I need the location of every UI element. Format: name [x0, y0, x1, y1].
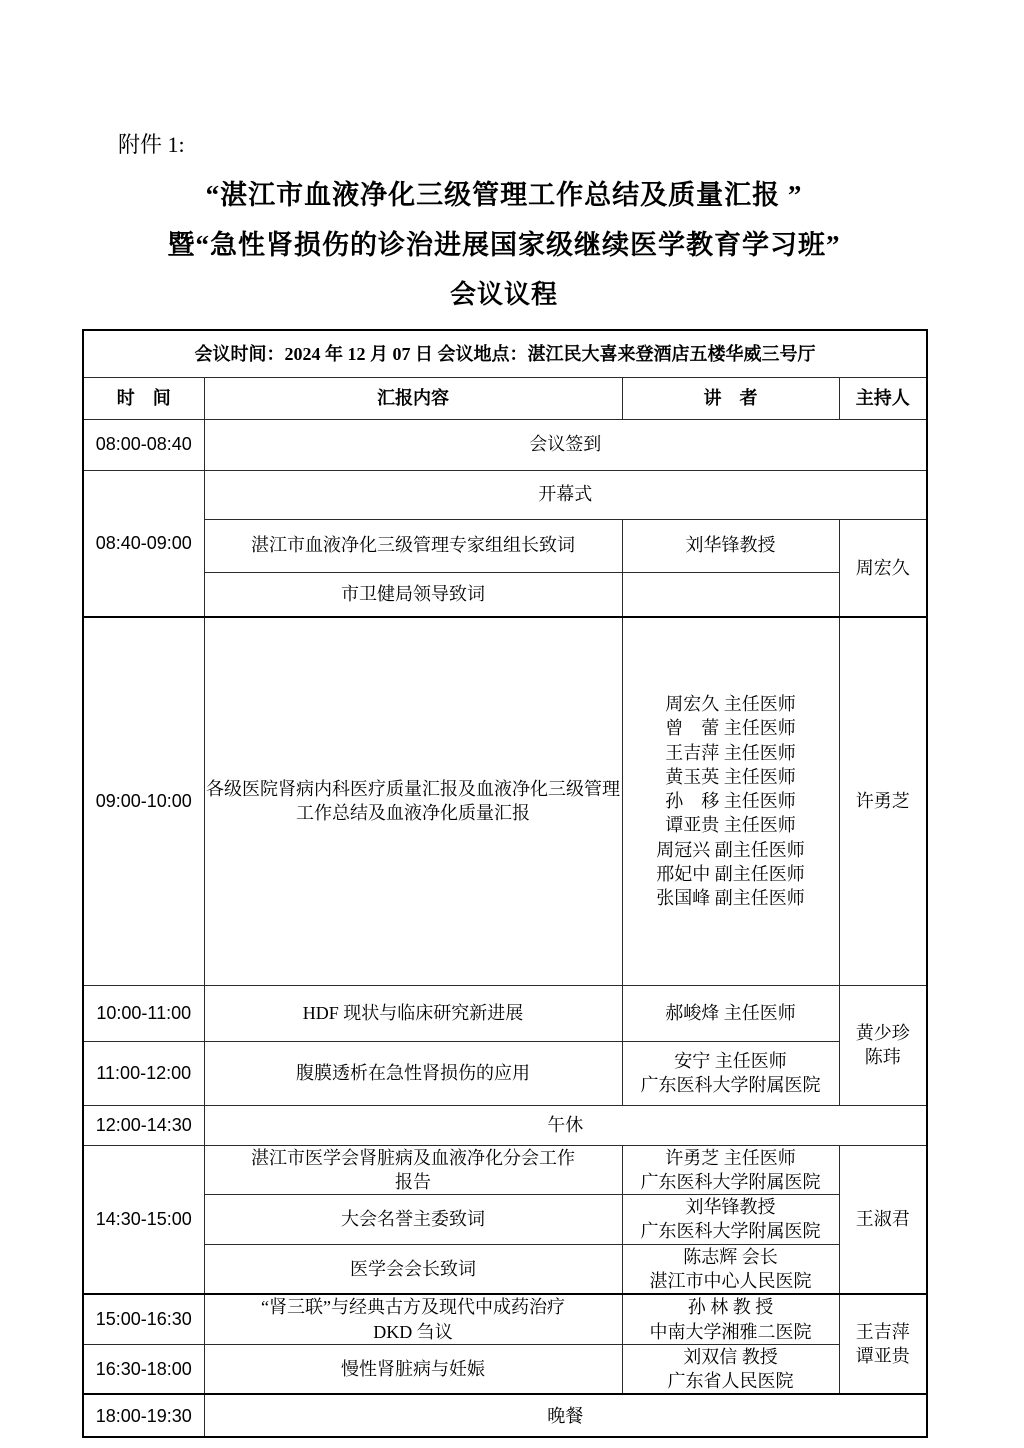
afternoon-item2-speaker: 刘华锋教授 广东医科大学附属医院 [622, 1195, 839, 1245]
col-header-speaker: 讲 者 [622, 377, 839, 419]
opening-item1-speaker: 刘华锋教授 [622, 519, 839, 572]
dkd-speaker: 孙 林 教 授 中南大学湘雅二医院 [622, 1294, 839, 1344]
title-line-3: 会议议程 [82, 270, 926, 320]
meeting-time-location: 会议时间：2024 年 12 月 07 日 会议地点：湛江民大喜来登酒店五楼华威… [83, 330, 927, 377]
ckd-speaker: 刘双信 教授 广东省人民医院 [622, 1344, 839, 1394]
lunch-content: 午休 [204, 1105, 927, 1145]
col-header-content: 汇报内容 [204, 377, 622, 419]
title-line-2: 暨“急性肾损伤的诊治进展国家级继续医学教育学习班” [82, 220, 926, 270]
col-header-time: 时 间 [83, 377, 204, 419]
opening-title: 开幕式 [204, 470, 927, 519]
row-afternoon-item-1: 14:30-15:00 湛江市医学会肾脏病及血液净化分会工作 报告 许勇芝 主任… [83, 1145, 927, 1195]
attachment-label: 附件 1: [118, 130, 1024, 160]
afternoon-item3-content: 医学会会长致词 [204, 1244, 622, 1294]
lunch-time: 12:00-14:30 [83, 1105, 204, 1145]
hdf-speaker: 郝峻烽 主任医师 [622, 985, 839, 1041]
document-page: 附件 1: “湛江市血液净化三级管理工作总结及质量汇报 ” 暨“急性肾损伤的诊治… [0, 0, 1024, 1438]
dkd-time: 15:00-16:30 [83, 1294, 204, 1344]
row-afternoon-item-2: 大会名誉主委致词 刘华锋教授 广东医科大学附属医院 [83, 1195, 927, 1245]
title-line-1: “湛江市血液净化三级管理工作总结及质量汇报 ” [82, 170, 926, 220]
row-quality-report: 09:00-10:00 各级医院肾病内科医疗质量汇报及血液净化三级管理 工作总结… [83, 617, 927, 985]
afternoon-item3-speaker: 陈志辉 会长 湛江市中心人民医院 [622, 1244, 839, 1294]
opening-moderator: 周宏久 [839, 519, 927, 617]
opening-item1-content: 湛江市血液净化三级管理专家组组长致词 [204, 519, 622, 572]
row-hdf: 10:00-11:00 HDF 现状与临床研究新进展 郝峻烽 主任医师 黄少珍 … [83, 985, 927, 1041]
row-pd: 11:00-12:00 腹膜透析在急性肾损伤的应用 安宁 主任医师 广东医科大学… [83, 1041, 927, 1105]
hdf-content: HDF 现状与临床研究新进展 [204, 985, 622, 1041]
row-signin: 08:00-08:40 会议签到 [83, 419, 927, 470]
row-afternoon-item-3: 医学会会长致词 陈志辉 会长 湛江市中心人民医院 [83, 1244, 927, 1294]
row-lunch: 12:00-14:30 午休 [83, 1105, 927, 1145]
quality-report-time: 09:00-10:00 [83, 617, 204, 985]
opening-time: 08:40-09:00 [83, 470, 204, 617]
opening-item2-speaker [622, 572, 839, 617]
afternoon-time: 14:30-15:00 [83, 1145, 204, 1294]
row-opening-item-2: 市卫健局领导致词 [83, 572, 927, 617]
meta-row: 会议时间：2024 年 12 月 07 日 会议地点：湛江民大喜来登酒店五楼华威… [83, 330, 927, 377]
row-ckd: 16:30-18:00 慢性肾脏病与妊娠 刘双信 教授 广东省人民医院 [83, 1344, 927, 1394]
ckd-content: 慢性肾脏病与妊娠 [204, 1344, 622, 1394]
hdf-pd-moderators: 黄少珍 陈玮 [839, 985, 927, 1105]
afternoon-item1-content: 湛江市医学会肾脏病及血液净化分会工作 报告 [204, 1145, 622, 1195]
dkd-ckd-moderators: 王吉萍 谭亚贵 [839, 1294, 927, 1394]
row-dinner: 18:00-19:30 晚餐 [83, 1394, 927, 1437]
dinner-time: 18:00-19:30 [83, 1394, 204, 1437]
hdf-time: 10:00-11:00 [83, 985, 204, 1041]
col-header-moderator: 主持人 [839, 377, 927, 419]
row-opening-title: 08:40-09:00 开幕式 [83, 470, 927, 519]
signin-content: 会议签到 [204, 419, 927, 470]
agenda-table: 会议时间：2024 年 12 月 07 日 会议地点：湛江民大喜来登酒店五楼华威… [82, 329, 928, 1438]
afternoon-item2-content: 大会名誉主委致词 [204, 1195, 622, 1245]
row-dkd: 15:00-16:30 “肾三联”与经典古方及现代中成药治疗 DKD 刍议 孙 … [83, 1294, 927, 1344]
signin-time: 08:00-08:40 [83, 419, 204, 470]
ckd-time: 16:30-18:00 [83, 1344, 204, 1394]
dinner-content: 晚餐 [204, 1394, 927, 1437]
opening-item2-content: 市卫健局领导致词 [204, 572, 622, 617]
row-opening-item-1: 湛江市血液净化三级管理专家组组长致词 刘华锋教授 周宏久 [83, 519, 927, 572]
pd-content: 腹膜透析在急性肾损伤的应用 [204, 1041, 622, 1105]
document-title: “湛江市血液净化三级管理工作总结及质量汇报 ” 暨“急性肾损伤的诊治进展国家级继… [82, 170, 926, 320]
quality-report-speakers: 周宏久 主任医师 曾 蕾 主任医师 王吉萍 主任医师 黄玉英 主任医师 孙 移 … [622, 617, 839, 985]
quality-report-content: 各级医院肾病内科医疗质量汇报及血液净化三级管理 工作总结及血液净化质量汇报 [204, 617, 622, 985]
pd-time: 11:00-12:00 [83, 1041, 204, 1105]
header-row: 时 间 汇报内容 讲 者 主持人 [83, 377, 927, 419]
dkd-content: “肾三联”与经典古方及现代中成药治疗 DKD 刍议 [204, 1294, 622, 1344]
pd-speaker: 安宁 主任医师 广东医科大学附属医院 [622, 1041, 839, 1105]
quality-report-moderator: 许勇芝 [839, 617, 927, 985]
afternoon-moderator: 王淑君 [839, 1145, 927, 1294]
afternoon-item1-speaker: 许勇芝 主任医师 广东医科大学附属医院 [622, 1145, 839, 1195]
